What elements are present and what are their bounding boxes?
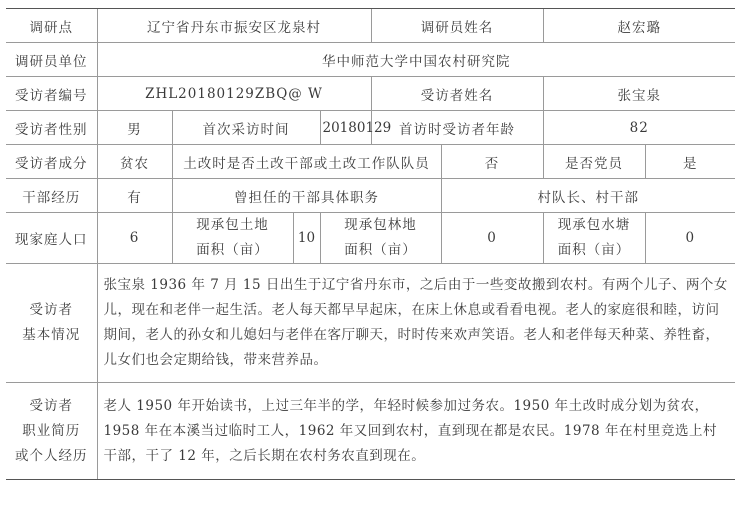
label-farmland-area: 现承包土地 面积（亩） <box>172 213 293 264</box>
label-pond-line1: 现承包水塘 <box>548 213 641 238</box>
row-career-history: 受访者 职业简历 或个人经历 老人 1950 年开始读书，上过三年半的学，年轻时… <box>6 383 735 480</box>
interviewee-id-value: ZHL20180129ZBQ@ W <box>97 77 371 111</box>
basic-situation-text: 张宝泉 1936 年 7 月 15 日出生于辽宁省丹东市，之后由于一些变故搬到农… <box>97 264 735 383</box>
career-history-text: 老人 1950 年开始读书，上过三年半的学，年轻时候参加过务农。1950 年土改… <box>97 383 735 480</box>
label-pond-area: 现承包水塘 面积（亩） <box>543 213 645 264</box>
label-forest-area: 现承包林地 面积（亩） <box>320 213 441 264</box>
label-farmland-line1: 现承包土地 <box>177 213 289 238</box>
age-at-first-interview-value: 82 <box>543 111 735 145</box>
row-basic-situation: 受访者 基本情况 张宝泉 1936 年 7 月 15 日出生于辽宁省丹东市，之后… <box>6 264 735 383</box>
label-first-interview-time: 首次采访时间 <box>172 111 320 145</box>
label-interviewee-name: 受访者姓名 <box>371 77 543 111</box>
label-class-status: 受访者成分 <box>6 145 97 179</box>
row-survey-site: 调研点 辽宁省丹东市振安区龙泉村 调研员姓名 赵宏璐 <box>6 9 735 43</box>
label-cadre-positions: 曾担任的干部具体职务 <box>172 179 441 213</box>
interviewee-info-table: 调研点 辽宁省丹东市振安区龙泉村 调研员姓名 赵宏璐 调研员单位 华中师范大学中… <box>6 8 735 480</box>
row-household-land: 现家庭人口 6 现承包土地 面积（亩） 10 现承包林地 面积（亩） 0 现承包… <box>6 213 735 264</box>
row-gender: 受访者性别 男 首次采访时间 20180129 首访时受访者年龄 82 <box>6 111 735 145</box>
label-researcher-unit: 调研员单位 <box>6 43 97 77</box>
pond-area-value: 0 <box>645 213 735 264</box>
first-interview-time-value: 20180129 <box>320 111 371 145</box>
class-status-value: 贫农 <box>97 145 172 179</box>
label-basic-situation: 受访者 基本情况 <box>6 264 97 383</box>
label-gender: 受访者性别 <box>6 111 97 145</box>
farmland-area-value: 10 <box>293 213 320 264</box>
cadre-experience-value: 有 <box>97 179 172 213</box>
household-size-value: 6 <box>97 213 172 264</box>
interviewee-info-document: 调研点 辽宁省丹东市振安区龙泉村 调研员姓名 赵宏璐 调研员单位 华中师范大学中… <box>6 8 735 480</box>
label-career-line3: 或个人经历 <box>10 444 93 469</box>
label-land-reform-cadre: 土改时是否土改干部或土改工作队队员 <box>172 145 441 179</box>
label-household-size: 现家庭人口 <box>6 213 97 264</box>
label-party-member: 是否党员 <box>543 145 645 179</box>
label-age-at-first-interview: 首访时受访者年龄 <box>371 111 543 145</box>
land-reform-cadre-value: 否 <box>441 145 543 179</box>
label-interviewee-id: 受访者编号 <box>6 77 97 111</box>
label-basic-line1: 受访者 <box>10 298 93 323</box>
interviewee-name-value: 张宝泉 <box>543 77 735 111</box>
label-researcher-name: 调研员姓名 <box>371 9 543 43</box>
label-pond-line2: 面积（亩） <box>548 238 641 263</box>
row-interviewee-id: 受访者编号 ZHL20180129ZBQ@ W 受访者姓名 张宝泉 <box>6 77 735 111</box>
row-researcher-unit: 调研员单位 华中师范大学中国农村研究院 <box>6 43 735 77</box>
researcher-name-value: 赵宏璐 <box>543 9 735 43</box>
party-member-value: 是 <box>645 145 735 179</box>
label-forest-line2: 面积（亩） <box>325 238 437 263</box>
survey-site-value: 辽宁省丹东市振安区龙泉村 <box>97 9 371 43</box>
label-career-line2: 职业简历 <box>10 419 93 444</box>
gender-value: 男 <box>97 111 172 145</box>
researcher-unit-value: 华中师范大学中国农村研究院 <box>97 43 735 77</box>
row-cadre-experience: 干部经历 有 曾担任的干部具体职务 村队长、村干部 <box>6 179 735 213</box>
label-forest-line1: 现承包林地 <box>325 213 437 238</box>
label-survey-site: 调研点 <box>6 9 97 43</box>
forest-area-value: 0 <box>441 213 543 264</box>
label-cadre-experience: 干部经历 <box>6 179 97 213</box>
row-class-status: 受访者成分 贫农 土改时是否土改干部或土改工作队队员 否 是否党员 是 <box>6 145 735 179</box>
cadre-positions-value: 村队长、村干部 <box>441 179 735 213</box>
label-farmland-line2: 面积（亩） <box>177 238 289 263</box>
label-career-history: 受访者 职业简历 或个人经历 <box>6 383 97 480</box>
label-career-line1: 受访者 <box>10 394 93 419</box>
label-basic-line2: 基本情况 <box>10 323 93 348</box>
